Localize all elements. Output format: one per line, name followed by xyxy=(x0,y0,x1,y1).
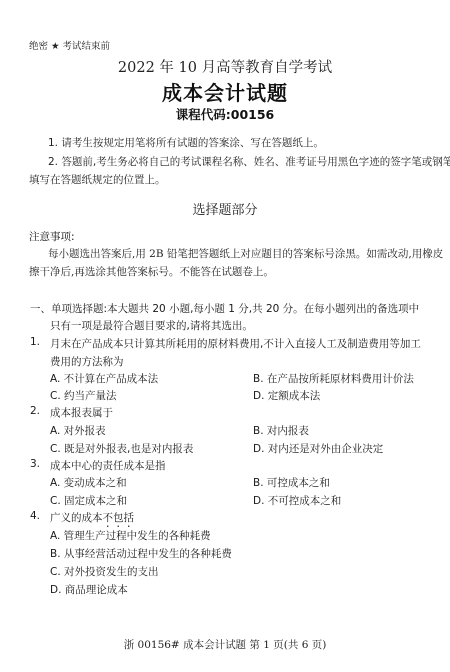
option-c: C. 固定成本之和 xyxy=(50,493,127,508)
instruction-2-line-1: 2. 答题前,考生务必将自己的考试课程名称、姓名、准考证号用黑色字迹的签字笔或钢… xyxy=(48,154,450,169)
secret-mark: 绝密 ★ 考试结束前 xyxy=(29,38,110,52)
option-c: C. 既是对外报表,也是对内报表 xyxy=(50,441,193,456)
question-text-cont: 费用的方法称为 xyxy=(50,354,124,369)
option-d: D. 对内还是对外由企业决定 xyxy=(253,441,383,456)
option-a: A. 变动成本之和 xyxy=(50,475,127,490)
question-number: 1. xyxy=(30,336,40,348)
option-b: B. 从事经营活动过程中发生的各种耗费 xyxy=(50,546,232,561)
option-b: B. 在产品按所耗原材料费用计价法 xyxy=(253,371,414,386)
section-title: 选择题部分 xyxy=(0,199,450,218)
option-b: B. 可控成本之和 xyxy=(253,475,330,490)
exam-page: 绝密 ★ 考试结束前 2022 年 10 月高等教育自学考试 成本会计试题 课程… xyxy=(0,0,450,672)
notes-line-2: 擦干净后,再选涂其他答案标号。不能答在试题卷上。 xyxy=(29,264,274,279)
notes-title: 注意事项: xyxy=(29,229,75,244)
emphasized-text: 不包括 xyxy=(103,512,135,524)
question-text-prefix: 广义的成本 xyxy=(50,512,103,524)
exam-year-heading: 2022 年 10 月高等教育自学考试 xyxy=(0,56,450,77)
option-b: B. 对内报表 xyxy=(253,423,309,438)
question-text: 成本报表属于 xyxy=(50,405,113,420)
question-number: 4. xyxy=(30,510,40,522)
question-text: 成本中心的责任成本是指 xyxy=(50,458,166,473)
course-code: 课程代码:00156 xyxy=(0,105,450,123)
question-number: 2. xyxy=(30,405,40,417)
instruction-2-line-2: 填写在答题纸规定的位置上。 xyxy=(29,172,166,187)
question-text: 月末在产品成本只计算其所耗用的原材料费用,不计入直接人工及制造费用等加工 xyxy=(50,336,421,351)
option-a: A. 不计算在产品成本法 xyxy=(50,371,158,386)
exam-title: 成本会计试题 xyxy=(0,77,450,106)
question-number: 3. xyxy=(30,458,40,470)
question-text: 广义的成本不包括 xyxy=(50,510,134,530)
option-a: A. 对外报表 xyxy=(50,423,106,438)
part-heading-line-1: 一、单项选择题:本大题共 20 小题,每小题 1 分,共 20 分。在每小题列出… xyxy=(30,301,419,316)
option-d: D. 定额成本法 xyxy=(253,388,320,403)
notes-line-1: 每小题选出答案后,用 2B 铅笔把答题纸上对应题目的答案标号涂黑。如需改动,用橡… xyxy=(48,246,443,261)
page-footer: 浙 00156# 成本会计试题 第 1 页(共 6 页) xyxy=(0,637,450,652)
option-c: C. 对外投资发生的支出 xyxy=(50,564,159,579)
option-c: C. 约当产量法 xyxy=(50,388,117,403)
part-heading-line-2: 只有一项是最符合题目要求的,请将其选出。 xyxy=(50,318,253,333)
option-d: D. 不可控成本之和 xyxy=(253,493,341,508)
option-d: D. 商品理论成本 xyxy=(50,582,128,597)
instruction-1: 1. 请考生按规定用笔将所有试题的答案涂、写在答题纸上。 xyxy=(48,135,324,150)
option-a: A. 管理生产过程中发生的各种耗费 xyxy=(50,528,211,543)
